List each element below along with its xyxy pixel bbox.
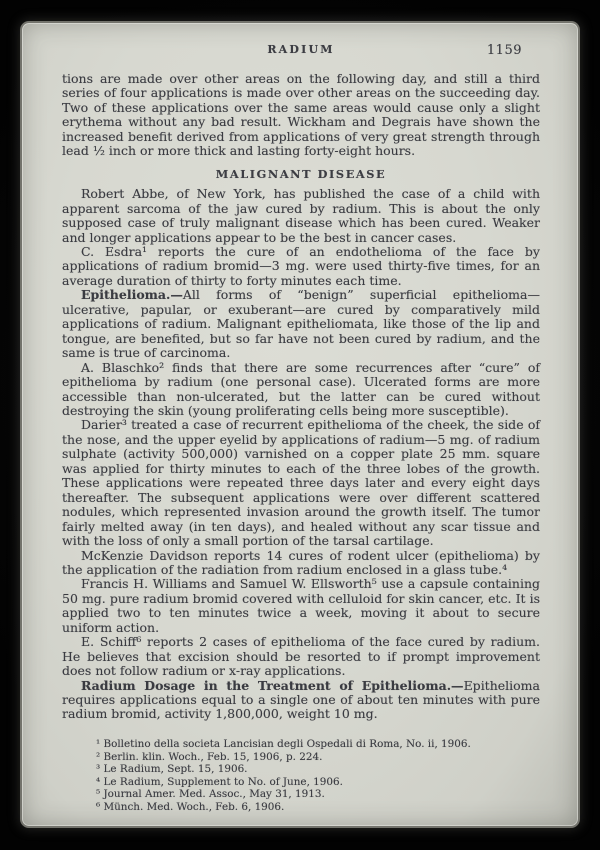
paragraph-text: McKenzie Davidson reports 14 cures of ro… [62,548,540,577]
paragraph: Epithelioma.—All forms of “benign” super… [62,288,540,360]
paragraph-lead: Epithelioma.— [81,287,183,302]
paragraph: Radium Dosage in the Treatment of Epithe… [62,679,540,722]
book-page: RADIUM 1159 tions are made over other ar… [22,23,578,826]
footnote: ⁴ Le Radium, Supplement to No. of June, … [96,776,540,788]
continuation-paragraph: tions are made over other areas on the f… [62,72,540,159]
paragraph: Francis H. Williams and Samuel W. Ellswo… [62,577,540,635]
footnote: ⁶ Münch. Med. Woch., Feb. 6, 1906. [96,801,540,813]
scan-background: RADIUM 1159 tions are made over other ar… [0,0,600,850]
paragraph-text: C. Esdra¹ reports the cure of an endothe… [62,244,540,288]
paragraph-text: Darier³ treated a case of recurrent epit… [62,417,540,548]
footnote: ² Berlin. klin. Woch., Feb. 15, 1906, p.… [96,751,540,763]
paragraph-text: Francis H. Williams and Samuel W. Ellswo… [62,576,540,634]
paragraph-text: Robert Abbe, of New York, has published … [62,186,540,244]
running-title: RADIUM [62,43,540,56]
paragraph-text: E. Schiff⁶ reports 2 cases of epitheliom… [62,634,540,678]
paragraph: E. Schiff⁶ reports 2 cases of epitheliom… [62,635,540,678]
paragraph-lead: Radium Dosage in the Treatment of Epithe… [81,678,464,693]
footnote: ³ Le Radium, Sept. 15, 1906. [96,763,540,775]
paragraph: A. Blaschko² finds that there are some r… [62,361,540,419]
footnote: ¹ Bolletino della societa Lancisian degl… [96,738,540,750]
page-number: 1159 [487,43,522,58]
page-header: RADIUM 1159 [62,43,540,59]
footnote: ⁵ Journal Amer. Med. Assoc., May 31, 191… [96,788,540,800]
paragraph: C. Esdra¹ reports the cure of an endothe… [62,245,540,288]
page-body: tions are made over other areas on the f… [62,72,540,722]
paragraph: Darier³ treated a case of recurrent epit… [62,418,540,548]
paragraph: Robert Abbe, of New York, has published … [62,187,540,245]
section-heading: MALIGNANT DISEASE [62,167,540,181]
paragraph: McKenzie Davidson reports 14 cures of ro… [62,549,540,578]
paragraph-text: A. Blaschko² finds that there are some r… [62,360,540,418]
footnotes: ¹ Bolletino della societa Lancisian degl… [62,732,540,813]
